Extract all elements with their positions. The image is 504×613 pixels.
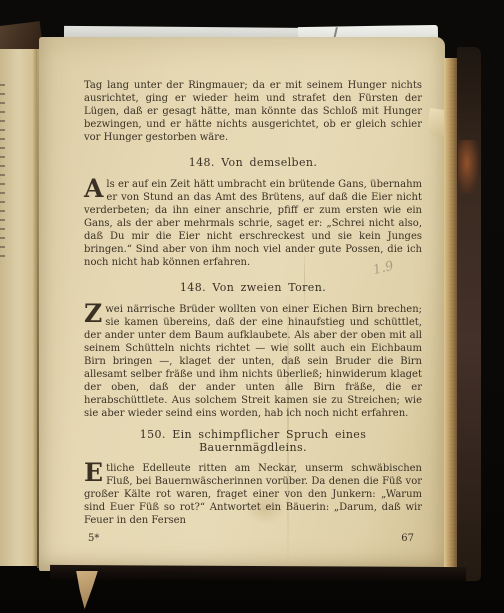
- left-page-sliver: [0, 49, 38, 566]
- paragraph-continuation: Tag lang unter der Ringmauer; da er mit …: [84, 79, 422, 144]
- paragraph-148-von-demselben: Als er auf ein Zeit hätt umbracht ein br…: [84, 178, 422, 269]
- book-cover-right: [457, 47, 481, 581]
- drop-cap-initial: Z: [84, 304, 102, 324]
- page-footer: 5* 67: [84, 532, 422, 545]
- paragraph-body: wei närrische Brüder wollten von einer E…: [84, 304, 422, 419]
- page-number: 67: [401, 532, 414, 545]
- paragraph-150-spruch: Etliche Edelleute ritten am Neckar, unse…: [84, 462, 422, 527]
- left-page-text-edge: [0, 84, 5, 260]
- section-heading-148-von-demselben: 148. Von demselben.: [84, 156, 422, 169]
- paragraph-body: Tag lang unter der Ringmauer; da er mit …: [84, 80, 422, 143]
- cover-worn-patch: [458, 140, 479, 194]
- section-heading-150-spruch: 150. Ein schimpflicher Spruch eines Baue…: [84, 428, 422, 454]
- page-text: Tag lang unter der Ringmauer; da er mit …: [84, 79, 422, 545]
- section-heading-148-von-zweien-toren: 148. Von zweien Toren.: [84, 281, 422, 294]
- paragraph-body: tliche Edelleute ritten am Neckar, unser…: [84, 463, 422, 526]
- book-cover-bottom: [50, 565, 466, 582]
- paragraph-body: ls er auf ein Zeit hätt umbracht ein brü…: [84, 179, 422, 268]
- drop-cap-initial: A: [84, 179, 103, 199]
- signature-mark: 5*: [88, 532, 99, 545]
- paragraph-148-von-zweien-toren: Zwei närrische Brüder wollten von einer …: [84, 303, 422, 420]
- drop-cap-initial: E: [84, 463, 103, 483]
- book-photo: 1.9 Tag lang unter der Ringmauer; da er …: [0, 0, 504, 613]
